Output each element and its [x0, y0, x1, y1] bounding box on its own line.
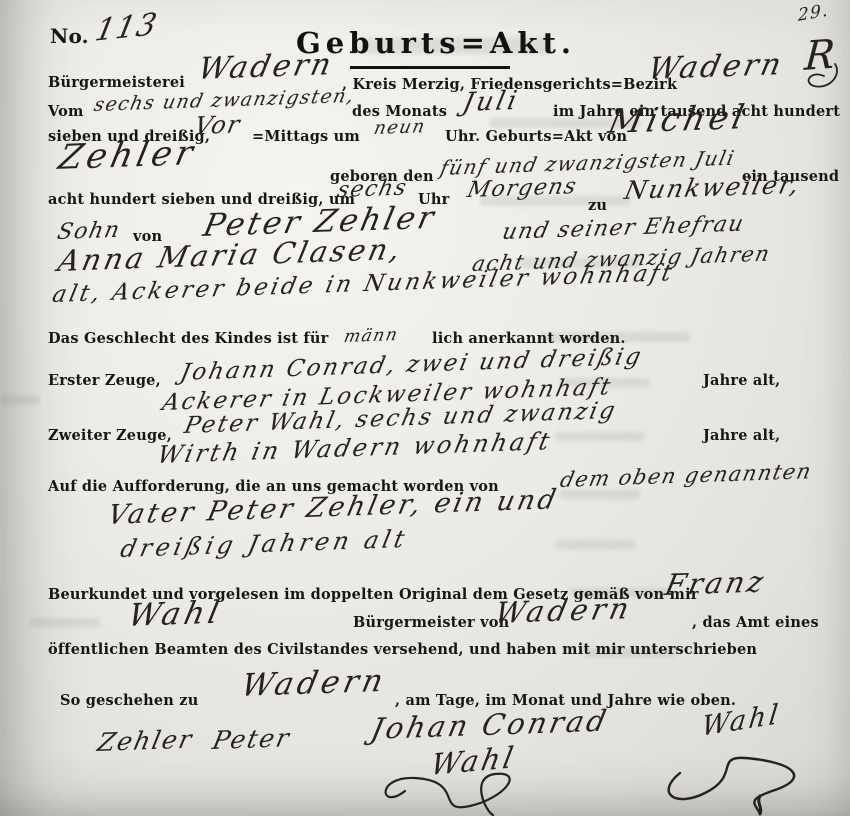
closing-printed-a: So geschehen zu: [60, 692, 198, 709]
mittags-label: =Mittags um: [252, 128, 360, 145]
bleed-through: [0, 395, 40, 405]
district-seat-value: Wadern: [645, 47, 787, 87]
signature-father-surname: Zehler: [95, 724, 196, 757]
hour-value: neun: [372, 116, 428, 139]
certification-printed-b: , das Amt eines: [692, 614, 819, 631]
document-title: Geburts=Akt.: [296, 26, 576, 60]
registrar-paraph-flourish: [800, 62, 845, 92]
signature-father-first: Peter: [210, 723, 293, 755]
act-number-value: 113: [92, 7, 161, 49]
mayor-label: Bürgermeister von: [353, 614, 509, 631]
declaration-hand-1: dem oben genannten: [558, 459, 815, 492]
signature-flourish-mayor: [660, 748, 830, 816]
act-number-label: No.: [50, 24, 89, 48]
and-spouse-hand: und seiner Ehefrau: [500, 211, 747, 245]
municipality-label: Bürgermeisterei: [48, 74, 185, 91]
child-first-name: Michel: [605, 97, 751, 141]
municipality-value: Wadern: [195, 47, 337, 87]
uhr-geburtsakt-label: Uhr. Geburts=Akt von: [445, 128, 627, 145]
official-first-name: Franz: [662, 564, 769, 602]
bleed-through: [555, 432, 645, 441]
signature-flourish-witness2: [375, 766, 595, 816]
mayor-place-value: Wadern: [492, 591, 636, 630]
bleed-through: [555, 540, 635, 549]
official-surname: Wahl: [125, 594, 226, 634]
page-number: 29.: [798, 0, 829, 26]
title-underline: [350, 66, 510, 69]
closing-place-value: Wadern: [238, 663, 390, 704]
signature-witness1: Johan Conrad: [368, 703, 612, 746]
from-label: Vom: [48, 103, 84, 120]
gender-hand-value: männ: [342, 325, 400, 347]
birth-place-value: Nunkweiler,: [622, 170, 803, 205]
at-label: zu: [588, 197, 607, 214]
certification-printed-c: öffentlichen Beamten des Civilstandes ve…: [48, 641, 757, 658]
birth-hour-value: sechs: [335, 175, 410, 203]
child-surname: Zehler: [55, 133, 200, 178]
witness2-age-label: Jahre alt,: [703, 427, 780, 444]
gender-printed-a: Das Geschlecht des Kindes ist für: [48, 330, 328, 347]
declaration-hand-3: dreißig Jahren alt: [118, 525, 411, 563]
son-label-hand: Sohn: [55, 218, 123, 245]
witness2-label: Zweiter Zeuge,: [48, 427, 172, 444]
bleed-through: [30, 618, 100, 627]
time-of-day-value: Morgens: [465, 174, 580, 203]
witness1-age-label: Jahre alt,: [703, 372, 780, 389]
witness1-label: Erster Zeuge,: [48, 372, 161, 389]
record-month-value: Juli: [460, 86, 522, 118]
birth-certificate-scan: No. 113 Geburts=Akt. 29. R Bürgermeister…: [0, 0, 850, 816]
